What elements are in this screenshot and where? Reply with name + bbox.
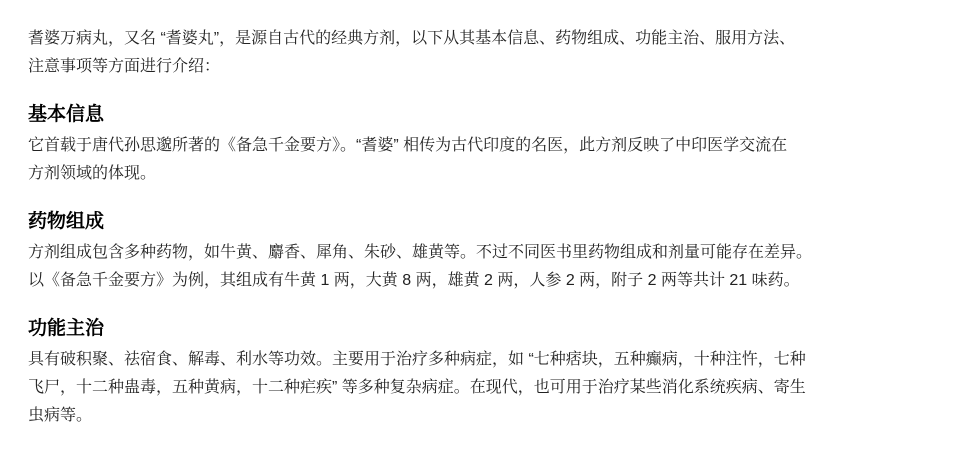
paragraph-line: 具有破积聚、祛宿食、解毒、利水等功效。主要用于治疗多种病症，如 “七种痞块，五种… [28, 346, 858, 374]
intro-line: 注意事项等方面进行介绍： [28, 53, 858, 81]
paragraph-line: 虫病等。 [28, 402, 858, 430]
intro-paragraph: 耆婆万病丸，又名 “耆婆丸”，是源自古代的经典方剂，以下从其基本信息、药物组成、… [28, 25, 858, 81]
section-heading-basic-info: 基本信息 [28, 101, 858, 129]
section-composition: 药物组成 方剂组成包含多种药物，如牛黄、麝香、犀角、朱砂、雄黄等。不过不同医书里… [28, 208, 858, 295]
section-basic-info: 基本信息 它首载于唐代孙思邈所著的《备急千金要方》。“耆婆” 相传为古代印度的名… [28, 101, 858, 188]
section-paragraph: 它首载于唐代孙思邈所著的《备急千金要方》。“耆婆” 相传为古代印度的名医，此方剂… [28, 132, 858, 188]
paragraph-line: 飞尸，十二种蛊毒，五种黄病，十二种疟疾” 等多种复杂病症。在现代，也可用于治疗某… [28, 374, 858, 402]
document-page: 耆婆万病丸，又名 “耆婆丸”，是源自古代的经典方剂，以下从其基本信息、药物组成、… [0, 0, 956, 451]
intro-line: 耆婆万病丸，又名 “耆婆丸”，是源自古代的经典方剂，以下从其基本信息、药物组成、… [28, 25, 858, 53]
article-content: 耆婆万病丸，又名 “耆婆丸”，是源自古代的经典方剂，以下从其基本信息、药物组成、… [28, 25, 858, 430]
section-paragraph: 方剂组成包含多种药物，如牛黄、麝香、犀角、朱砂、雄黄等。不过不同医书里药物组成和… [28, 239, 858, 295]
section-heading-indications: 功能主治 [28, 315, 858, 343]
paragraph-line: 方剂领域的体现。 [28, 160, 858, 188]
paragraph-line: 它首载于唐代孙思邈所著的《备急千金要方》。“耆婆” 相传为古代印度的名医，此方剂… [28, 132, 858, 160]
paragraph-line: 以《备急千金要方》为例，其组成有牛黄 1 两，大黄 8 两，雄黄 2 两，人参 … [28, 267, 858, 295]
section-indications: 功能主治 具有破积聚、祛宿食、解毒、利水等功效。主要用于治疗多种病症，如 “七种… [28, 315, 858, 430]
section-heading-composition: 药物组成 [28, 208, 858, 236]
paragraph-line: 方剂组成包含多种药物，如牛黄、麝香、犀角、朱砂、雄黄等。不过不同医书里药物组成和… [28, 239, 858, 267]
section-paragraph: 具有破积聚、祛宿食、解毒、利水等功效。主要用于治疗多种病症，如 “七种痞块，五种… [28, 346, 858, 430]
